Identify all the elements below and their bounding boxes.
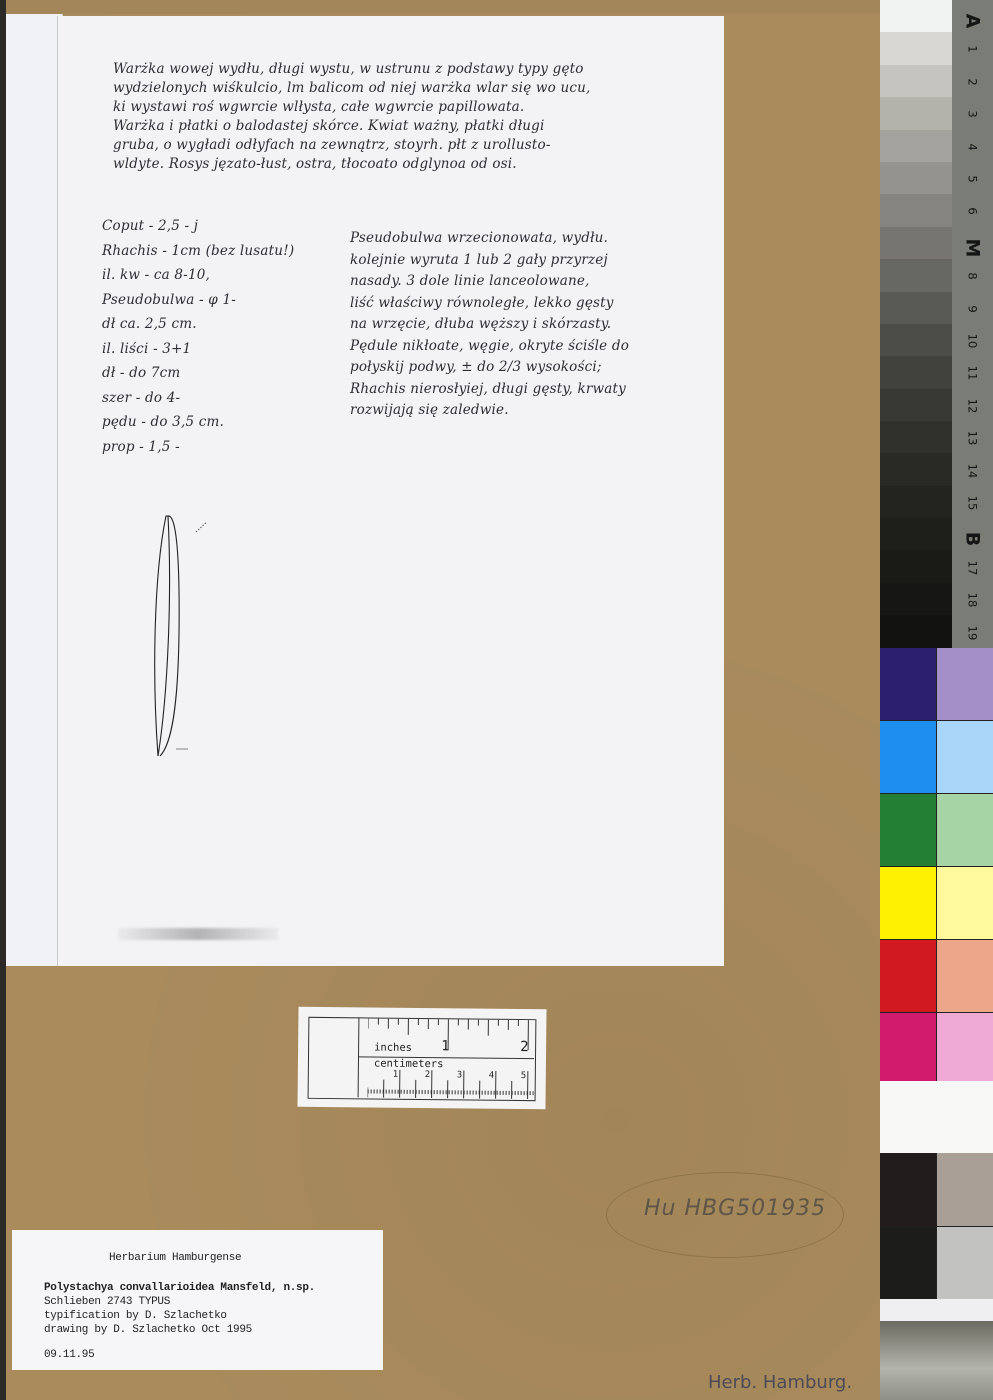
gray-step [880, 486, 952, 518]
note-line: liść właściwy równoległe, lekko gęsty [350, 293, 629, 315]
chart-bottom-edge [880, 1321, 993, 1400]
measurement-item: szer - do 4- [102, 386, 294, 411]
color-patch [937, 794, 993, 866]
gray-step [880, 292, 952, 324]
note-line: kolejnie wyruta 1 lub 2 gały przyrzej [350, 250, 629, 272]
patch-row [880, 1153, 993, 1227]
scale-ruler-card: inches 1 2 centimeters 1 2 3 4 5 [297, 1007, 546, 1110]
gray-step [880, 194, 952, 226]
measurement-item: Pseudobulwa - φ 1- [102, 288, 294, 313]
handwritten-description-sheet: Warżka wowej wydłu, długi wystu, w ustru… [58, 16, 724, 966]
cm-mark-5: 5 [521, 1071, 527, 1081]
note-line: wydzielonych wiśkulcio, lm balicom od ni… [113, 79, 591, 98]
patch-row [880, 940, 993, 1013]
patch-row [880, 794, 993, 867]
note-line: na wrzęcie, dłuba węższy i skórzasty. [350, 314, 629, 336]
gray-step [880, 0, 952, 32]
gray-step [880, 551, 952, 583]
color-patch [880, 1227, 937, 1300]
measurement-item: Rhachis - 1cm (bez lusatu!) [102, 239, 294, 264]
species-name: Polystachya convallarioidea Mansfeld, n.… [44, 1282, 315, 1294]
patch-row [880, 1227, 993, 1301]
inch-mark-2: 2 [520, 1039, 529, 1055]
note-line: wldyte. Rosys jęzato-łust, ostra, tłocoa… [113, 155, 591, 174]
gray-step [880, 583, 952, 615]
scale-label: 6 [966, 191, 980, 232]
gray-step [880, 615, 952, 647]
gray-step [880, 162, 952, 194]
note-line: połyskij podwy, ± do 2/3 wysokości; [350, 357, 629, 379]
herbarium-label: Herbarium Hamburgense Polystachya conval… [12, 1230, 383, 1370]
color-patch [937, 1227, 993, 1300]
color-patch [937, 940, 993, 1012]
patch-row [880, 1013, 993, 1086]
dark-patch-grid [880, 1153, 993, 1301]
board-top-edge [0, 0, 880, 14]
color-patch [937, 648, 993, 720]
note-line: Warżka i płatki o balodastej skórce. Kwi… [113, 117, 591, 136]
gray-step [880, 97, 952, 129]
cm-mark-1: 1 [393, 1070, 399, 1080]
catalog-number: Hu HBG501935 [644, 1196, 826, 1221]
gray-step [880, 389, 952, 421]
color-patch [880, 1013, 937, 1085]
measurement-item: Coput - 2,5 - j [102, 214, 294, 239]
chart-bottom-white [880, 1299, 993, 1321]
gray-step [880, 259, 952, 291]
cm-mark-4: 4 [489, 1071, 495, 1081]
morphology-paragraph: Pseudobulwa wrzecionowata, wydłu. kolejn… [350, 228, 629, 422]
note-line: Rhachis nierosłyiej, długi gęsty, krwaty [350, 379, 629, 401]
note-line: Pseudobulwa wrzecionowata, wydłu. [350, 228, 629, 250]
cm-mark-2: 2 [425, 1070, 431, 1080]
catalog-prefix: Hu [644, 1196, 677, 1221]
label-date: 09.11.95 [44, 1349, 94, 1361]
measurement-item: prop - 1,5 - [102, 435, 294, 460]
herbarium-stamp: Herb. Hamburg. [708, 1372, 852, 1393]
grayscale-scale-labels: A123456M89101112131415B171819 [952, 0, 993, 648]
note-line: nasady. 3 dole linie lanceolowane, [350, 271, 629, 293]
color-patch [880, 648, 937, 720]
measurement-item: il. kw - ca 8-10, [102, 263, 294, 288]
patch-row [880, 867, 993, 940]
institution-name: Herbarium Hamburgense [109, 1252, 241, 1264]
note-line: rozwijają się zaledwie. [350, 400, 629, 422]
inches-label: inches [374, 1041, 412, 1053]
gray-step [880, 356, 952, 388]
color-patch [880, 794, 937, 866]
patch-row [880, 721, 993, 794]
catalog-id: HBG501935 [685, 1196, 827, 1221]
leaf-outline-drawing-icon [146, 494, 206, 764]
scale-label: 15 [966, 483, 980, 524]
gray-step [880, 32, 952, 64]
cm-mark-3: 3 [457, 1070, 463, 1080]
gray-step [880, 324, 952, 356]
note-line: gruba, o wygładi odłyfach na zewnątrz, s… [113, 136, 591, 155]
underlying-paper-sheet [6, 14, 63, 966]
typification-note: typification by D. Szlachetko [44, 1310, 227, 1322]
gray-step [880, 518, 952, 550]
inch-mark-1: 1 [441, 1038, 450, 1054]
color-patch [937, 721, 993, 793]
gray-step [880, 421, 952, 453]
gray-step [880, 65, 952, 97]
note-line: Warżka wowej wydłu, długi wystu, w ustru… [113, 60, 591, 79]
patch-row [880, 648, 993, 721]
color-patch [880, 1153, 937, 1226]
color-patch-grid [880, 648, 993, 1086]
measurement-item: il. liści - 3+1 [102, 337, 294, 362]
note-line: Pędule nikłoate, węgie, okryte ściśle do [350, 336, 629, 358]
color-patch [880, 867, 937, 939]
white-patch [880, 1081, 993, 1153]
color-patch [937, 1153, 993, 1226]
measurement-item: pędu - do 3,5 cm. [102, 410, 294, 435]
description-paragraph: Warżka wowej wydłu, długi wystu, w ustru… [113, 60, 591, 174]
color-patch [880, 940, 937, 1012]
gray-step [880, 130, 952, 162]
color-patch [937, 867, 993, 939]
gray-step [880, 227, 952, 259]
color-patch [937, 1013, 993, 1085]
measurement-list: Coput - 2,5 - j Rhachis - 1cm (bez lusat… [102, 214, 294, 459]
color-patch [880, 721, 937, 793]
drawing-note: drawing by D. Szlachetko Oct 1995 [44, 1324, 252, 1336]
grayscale-chart [880, 0, 952, 648]
pencil-smudge [118, 928, 278, 940]
scale-label: 19 [966, 612, 980, 653]
centimeters-label: centimeters [374, 1057, 444, 1070]
measurement-item: dł - do 7cm [102, 361, 294, 386]
gray-step [880, 453, 952, 485]
measurement-item: dł ca. 2,5 cm. [102, 312, 294, 337]
note-line: ki wystawi roś wgwrcie wlłysta, całe wgw… [113, 98, 591, 117]
collector-number: Schlieben 2743 TYPUS [44, 1296, 170, 1308]
